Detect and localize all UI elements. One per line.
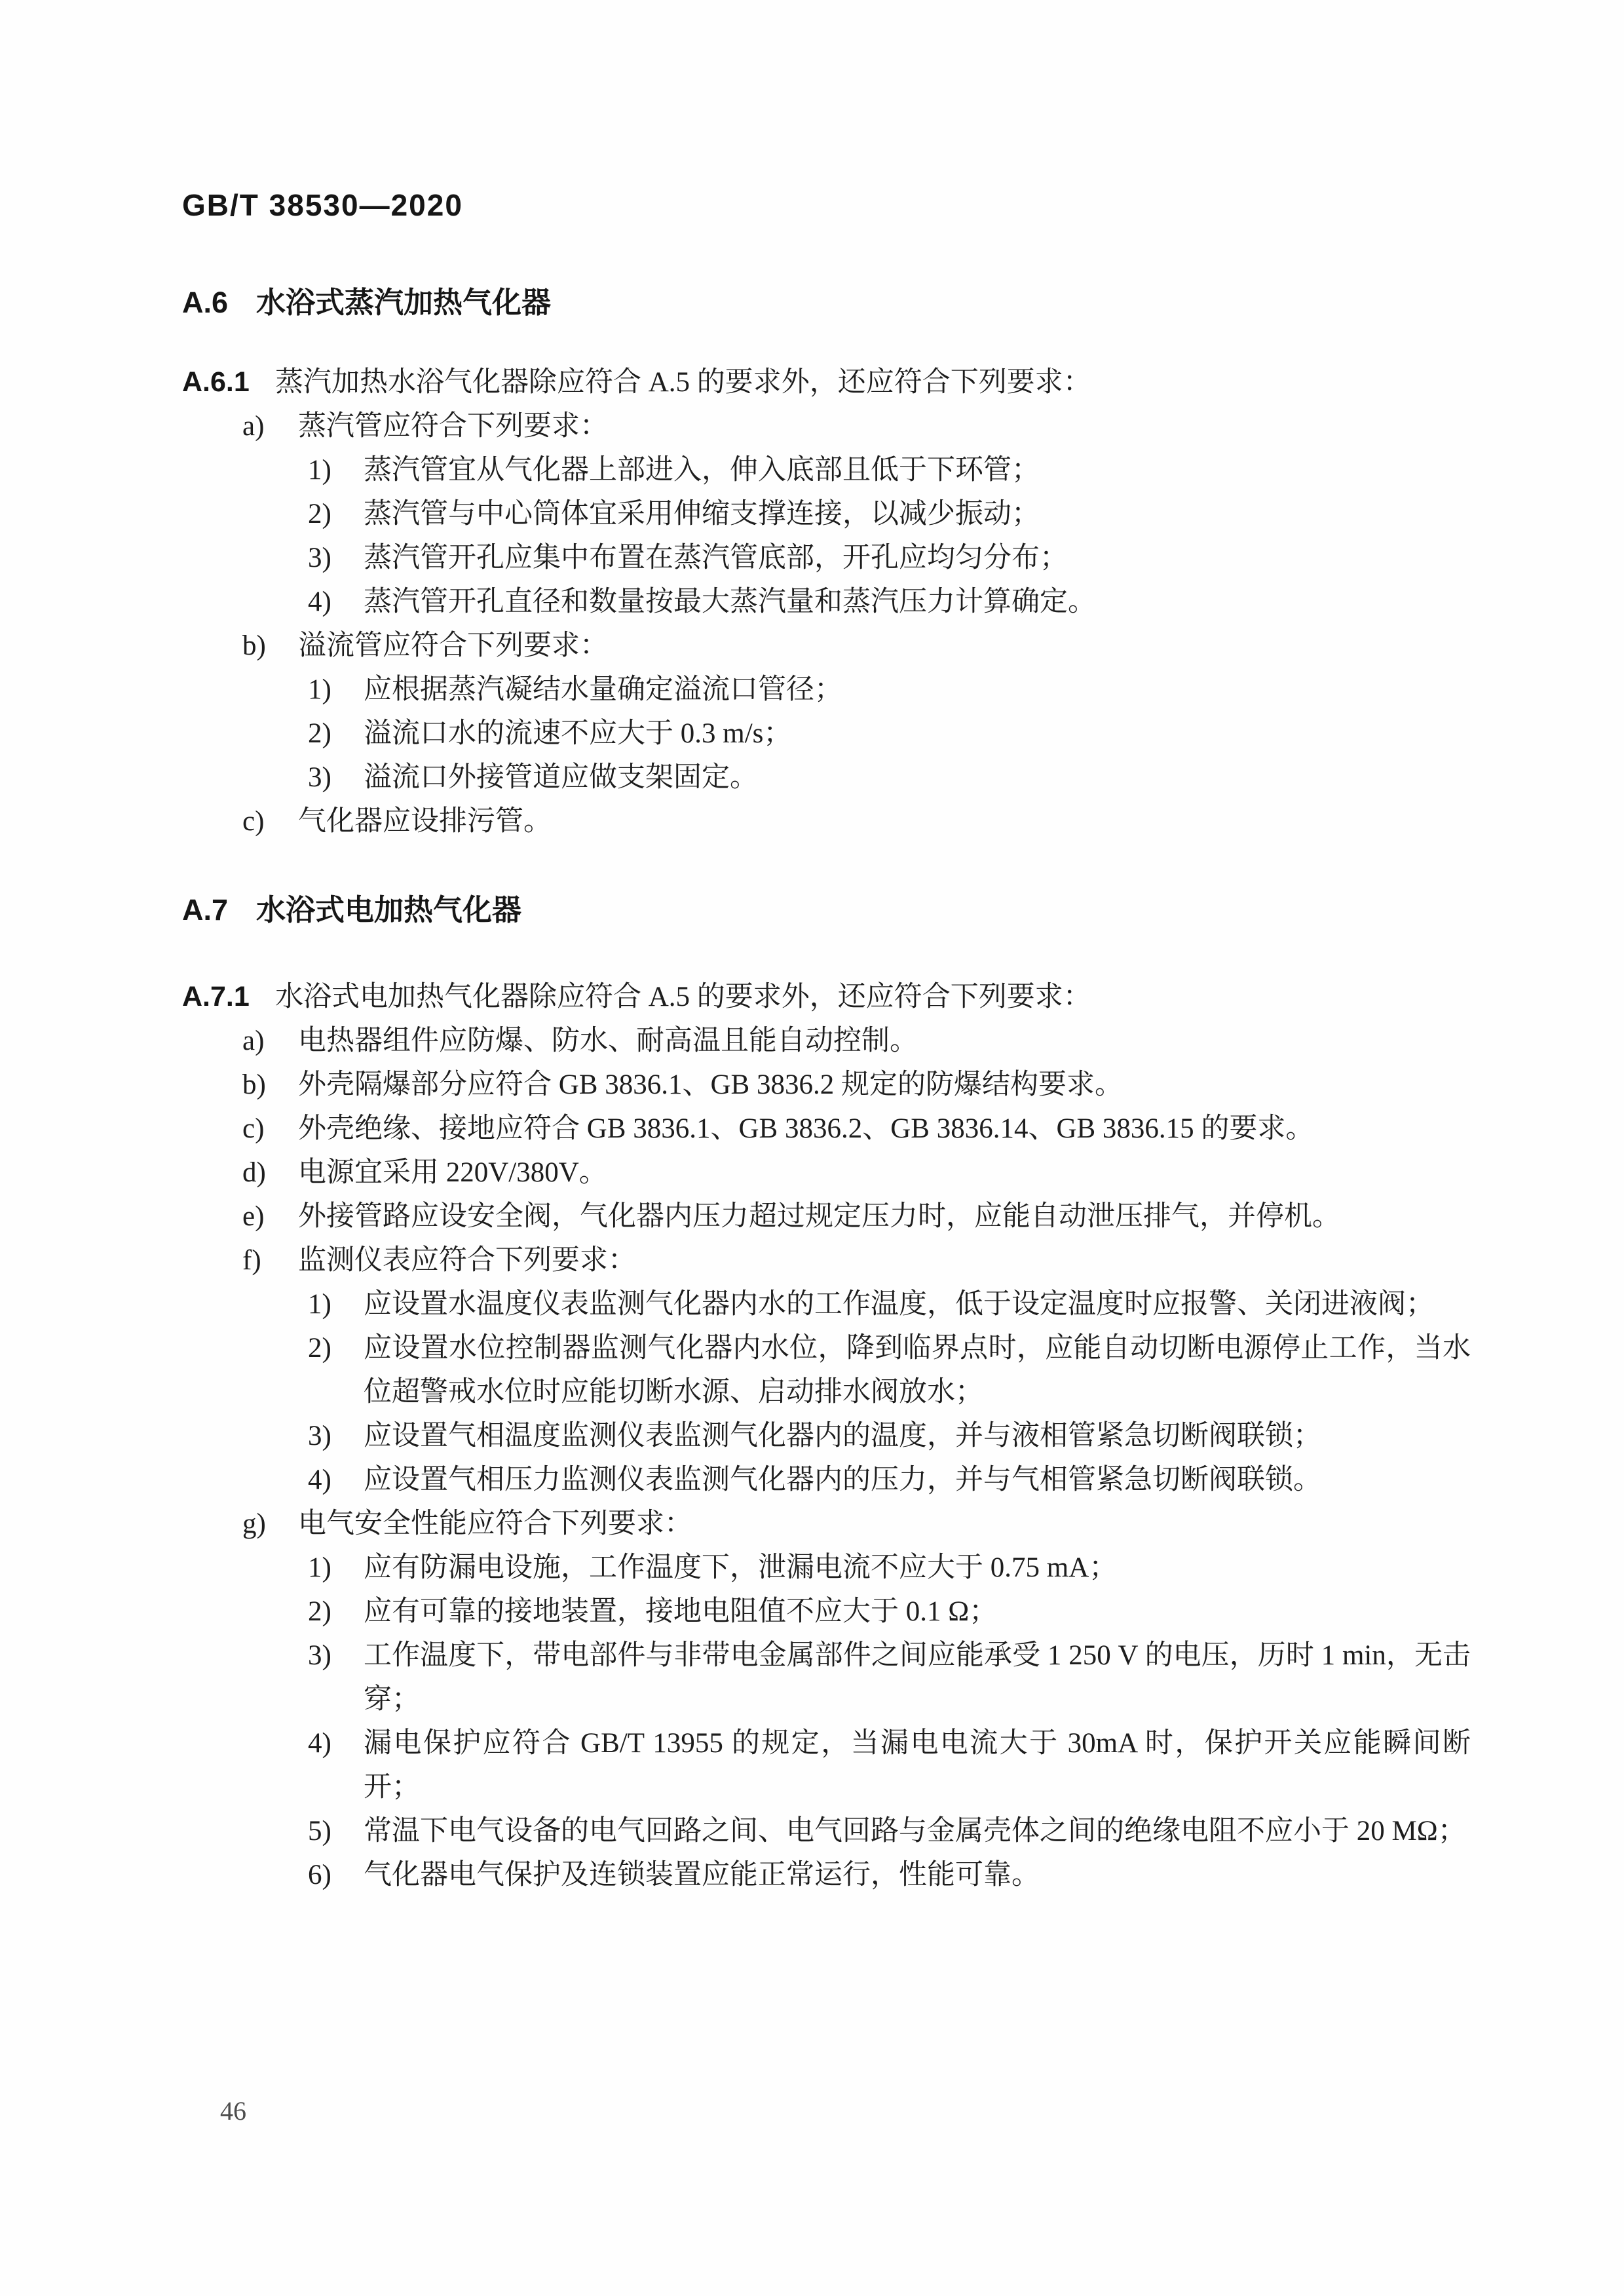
- list-item-level1: a)蒸汽管应符合下列要求：: [298, 404, 1464, 448]
- item-label: 1): [308, 448, 331, 492]
- item-text: 电气安全性能应符合下列要求：: [298, 1508, 692, 1539]
- item-label: 3): [308, 1634, 331, 1677]
- list-item-level2: 1)蒸汽管宜从气化器上部进入，伸入底部且低于下环管；: [364, 448, 1471, 492]
- item-label: c): [242, 1107, 264, 1151]
- item-text: 电热器组件应防爆、防水、耐高温且能自动控制。: [298, 1025, 918, 1056]
- item-text: 气化器电气保护及连锁装置应能正常运行，性能可靠。: [364, 1860, 1040, 1890]
- item-label: 4): [308, 580, 331, 624]
- item-text: 监测仪表应符合下列要求：: [298, 1245, 636, 1276]
- page-number: 46: [220, 2095, 246, 2127]
- list-item-level2: 6)气化器电气保护及连锁装置应能正常运行，性能可靠。: [364, 1853, 1471, 1897]
- section-a6: A.6水浴式蒸汽加热气化器A.6.1蒸汽加热水浴气化器除应符合 A.5 的要求外…: [0, 280, 1624, 843]
- section-a7: A.7水浴式电加热气化器A.7.1水浴式电加热气化器除应符合 A.5 的要求外，…: [0, 888, 1624, 1897]
- clause: A.7.1水浴式电加热气化器除应符合 A.5 的要求外，还应符合下列要求：: [275, 975, 1464, 1019]
- item-label: 3): [308, 536, 331, 580]
- list-item-level2: 3)溢流口外接管道应做支架固定。: [364, 756, 1471, 799]
- item-text: 应有防漏电设施，工作温度下，泄漏电流不应大于 0.75 mA；: [364, 1552, 1117, 1583]
- item-text: 溢流口水的流速不应大于 0.3 m/s；: [364, 718, 791, 749]
- document-page: GB/T 38530—2020 A.6水浴式蒸汽加热气化器A.6.1蒸汽加热水浴…: [0, 0, 1624, 2296]
- section-heading: A.6水浴式蒸汽加热气化器: [182, 280, 1624, 324]
- section-title: 水浴式电加热气化器: [256, 893, 521, 927]
- item-text: 外接管路应设安全阀，气化器内压力超过规定压力时，应能自动泄压排气，并停机。: [298, 1201, 1340, 1232]
- list-item-level2: 3)工作温度下，带电部件与非带电金属部件之间应能承受 1 250 V 的电压，历…: [364, 1634, 1471, 1721]
- list-item-level2: 2)应有可靠的接地装置，接地电阻值不应大于 0.1 Ω；: [364, 1590, 1471, 1634]
- list-item-level1: d)电源宜采用 220V/380V。: [298, 1151, 1464, 1195]
- item-text: 工作温度下，带电部件与非带电金属部件之间应能承受 1 250 V 的电压，历时 …: [364, 1640, 1471, 1715]
- item-label: 3): [308, 1414, 331, 1458]
- list-item-level2: 4)漏电保护应符合 GB/T 13955 的规定，当漏电电流大于 30mA 时，…: [364, 1721, 1471, 1809]
- item-text: 溢流管应符合下列要求：: [298, 630, 608, 661]
- item-text: 外壳绝缘、接地应符合 GB 3836.1、GB 3836.2、GB 3836.1…: [298, 1113, 1313, 1144]
- list-item-level2: 2)溢流口水的流速不应大于 0.3 m/s；: [364, 712, 1471, 756]
- item-text: 漏电保护应符合 GB/T 13955 的规定，当漏电电流大于 30mA 时，保护…: [364, 1728, 1471, 1803]
- list-item-level2: 1)应根据蒸汽凝结水量确定溢流口管径；: [364, 668, 1471, 712]
- list-item-level1: a)电热器组件应防爆、防水、耐高温且能自动控制。: [298, 1019, 1464, 1063]
- clause-text: 水浴式电加热气化器除应符合 A.5 的要求外，还应符合下列要求：: [275, 982, 1091, 1012]
- standard-number-header: GB/T 38530—2020: [182, 183, 1624, 227]
- item-text: 溢流口外接管道应做支架固定。: [364, 762, 758, 793]
- item-label: 1): [308, 668, 331, 712]
- item-label: 6): [308, 1853, 331, 1897]
- item-text: 应根据蒸汽凝结水量确定溢流口管径；: [364, 674, 842, 705]
- list-item-level2: 4)应设置气相压力监测仪表监测气化器内的压力，并与气相管紧急切断阀联锁。: [364, 1458, 1471, 1502]
- item-label: 3): [308, 756, 331, 799]
- section-heading: A.7水浴式电加热气化器: [182, 888, 1624, 932]
- item-label: b): [242, 624, 266, 668]
- item-text: 蒸汽管应符合下列要求：: [298, 411, 608, 442]
- item-label: d): [242, 1151, 266, 1195]
- item-label: e): [242, 1195, 264, 1238]
- list-item-level2: 1)应有防漏电设施，工作温度下，泄漏电流不应大于 0.75 mA；: [364, 1546, 1471, 1590]
- clause: A.6.1蒸汽加热水浴气化器除应符合 A.5 的要求外，还应符合下列要求：: [275, 360, 1464, 404]
- section-number: A.7: [182, 888, 256, 932]
- clause-number: A.6.1: [182, 360, 250, 404]
- list-item-level1: b)外壳隔爆部分应符合 GB 3836.1、GB 3836.2 规定的防爆结构要…: [298, 1063, 1464, 1107]
- item-label: b): [242, 1063, 266, 1107]
- item-text: 蒸汽管开孔直径和数量按最大蒸汽量和蒸汽压力计算确定。: [364, 586, 1096, 617]
- item-label: 1): [308, 1282, 331, 1326]
- list-item-level2: 2)应设置水位控制器监测气化器内水位，降到临界点时，应能自动切断电源停止工作，当…: [364, 1326, 1471, 1414]
- sections-container: A.6水浴式蒸汽加热气化器A.6.1蒸汽加热水浴气化器除应符合 A.5 的要求外…: [0, 280, 1624, 1897]
- list-item-level1: b)溢流管应符合下列要求：: [298, 624, 1464, 668]
- item-label: g): [242, 1502, 266, 1546]
- list-item-level2: 4)蒸汽管开孔直径和数量按最大蒸汽量和蒸汽压力计算确定。: [364, 580, 1471, 624]
- list-item-level1: g)电气安全性能应符合下列要求：: [298, 1502, 1464, 1546]
- item-label: 1): [308, 1546, 331, 1590]
- list-item-level2: 3)应设置气相温度监测仪表监测气化器内的温度，并与液相管紧急切断阀联锁；: [364, 1414, 1471, 1458]
- item-label: 4): [308, 1721, 331, 1765]
- list-item-level2: 5)常温下电气设备的电气回路之间、电气回路与金属壳体之间的绝缘电阻不应小于 20…: [364, 1809, 1471, 1853]
- list-item-level1: c)外壳绝缘、接地应符合 GB 3836.1、GB 3836.2、GB 3836…: [298, 1107, 1464, 1151]
- list-item-level1: e)外接管路应设安全阀，气化器内压力超过规定压力时，应能自动泄压排气，并停机。: [298, 1195, 1464, 1238]
- item-text: 应有可靠的接地装置，接地电阻值不应大于 0.1 Ω；: [364, 1596, 997, 1627]
- section-number: A.6: [182, 280, 256, 324]
- item-label: f): [242, 1238, 261, 1282]
- item-label: a): [242, 1019, 264, 1063]
- item-label: 2): [308, 1326, 331, 1370]
- item-text: 常温下电气设备的电气回路之间、电气回路与金属壳体之间的绝缘电阻不应小于 20 M…: [364, 1816, 1466, 1846]
- item-text: 蒸汽管宜从气化器上部进入，伸入底部且低于下环管；: [364, 455, 1040, 486]
- item-text: 电源宜采用 220V/380V。: [298, 1157, 607, 1188]
- list-item-level2: 2)蒸汽管与中心筒体宜采用伸缩支撑连接，以减少振动；: [364, 492, 1471, 536]
- item-text: 应设置水位控制器监测气化器内水位，降到临界点时，应能自动切断电源停止工作，当水位…: [364, 1333, 1471, 1407]
- list-item-level1: f)监测仪表应符合下列要求：: [298, 1238, 1464, 1282]
- section-title: 水浴式蒸汽加热气化器: [256, 286, 551, 319]
- item-text: 应设置气相温度监测仪表监测气化器内的温度，并与液相管紧急切断阀联锁；: [364, 1421, 1321, 1451]
- item-label: 4): [308, 1458, 331, 1502]
- clause-number: A.7.1: [182, 975, 250, 1019]
- item-label: 5): [308, 1809, 331, 1853]
- item-text: 应设置气相压力监测仪表监测气化器内的压力，并与气相管紧急切断阀联锁。: [364, 1464, 1321, 1495]
- list-item-level2: 3)蒸汽管开孔应集中布置在蒸汽管底部，开孔应均匀分布；: [364, 536, 1471, 580]
- item-text: 蒸汽管与中心筒体宜采用伸缩支撑连接，以减少振动；: [364, 499, 1040, 529]
- list-item-level2: 1)应设置水温度仪表监测气化器内水的工作温度，低于设定温度时应报警、关闭进液阀；: [364, 1282, 1471, 1326]
- item-text: 气化器应设排污管。: [298, 806, 552, 837]
- item-text: 应设置水温度仪表监测气化器内水的工作温度，低于设定温度时应报警、关闭进液阀；: [364, 1289, 1434, 1320]
- item-text: 蒸汽管开孔应集中布置在蒸汽管底部，开孔应均匀分布；: [364, 543, 1068, 573]
- item-label: c): [242, 799, 264, 843]
- list-item-level1: c)气化器应设排污管。: [298, 799, 1464, 843]
- item-label: 2): [308, 1590, 331, 1634]
- item-label: 2): [308, 492, 331, 536]
- item-label: 2): [308, 712, 331, 756]
- item-label: a): [242, 404, 264, 448]
- item-text: 外壳隔爆部分应符合 GB 3836.1、GB 3836.2 规定的防爆结构要求。: [298, 1069, 1123, 1100]
- clause-text: 蒸汽加热水浴气化器除应符合 A.5 的要求外，还应符合下列要求：: [275, 367, 1091, 398]
